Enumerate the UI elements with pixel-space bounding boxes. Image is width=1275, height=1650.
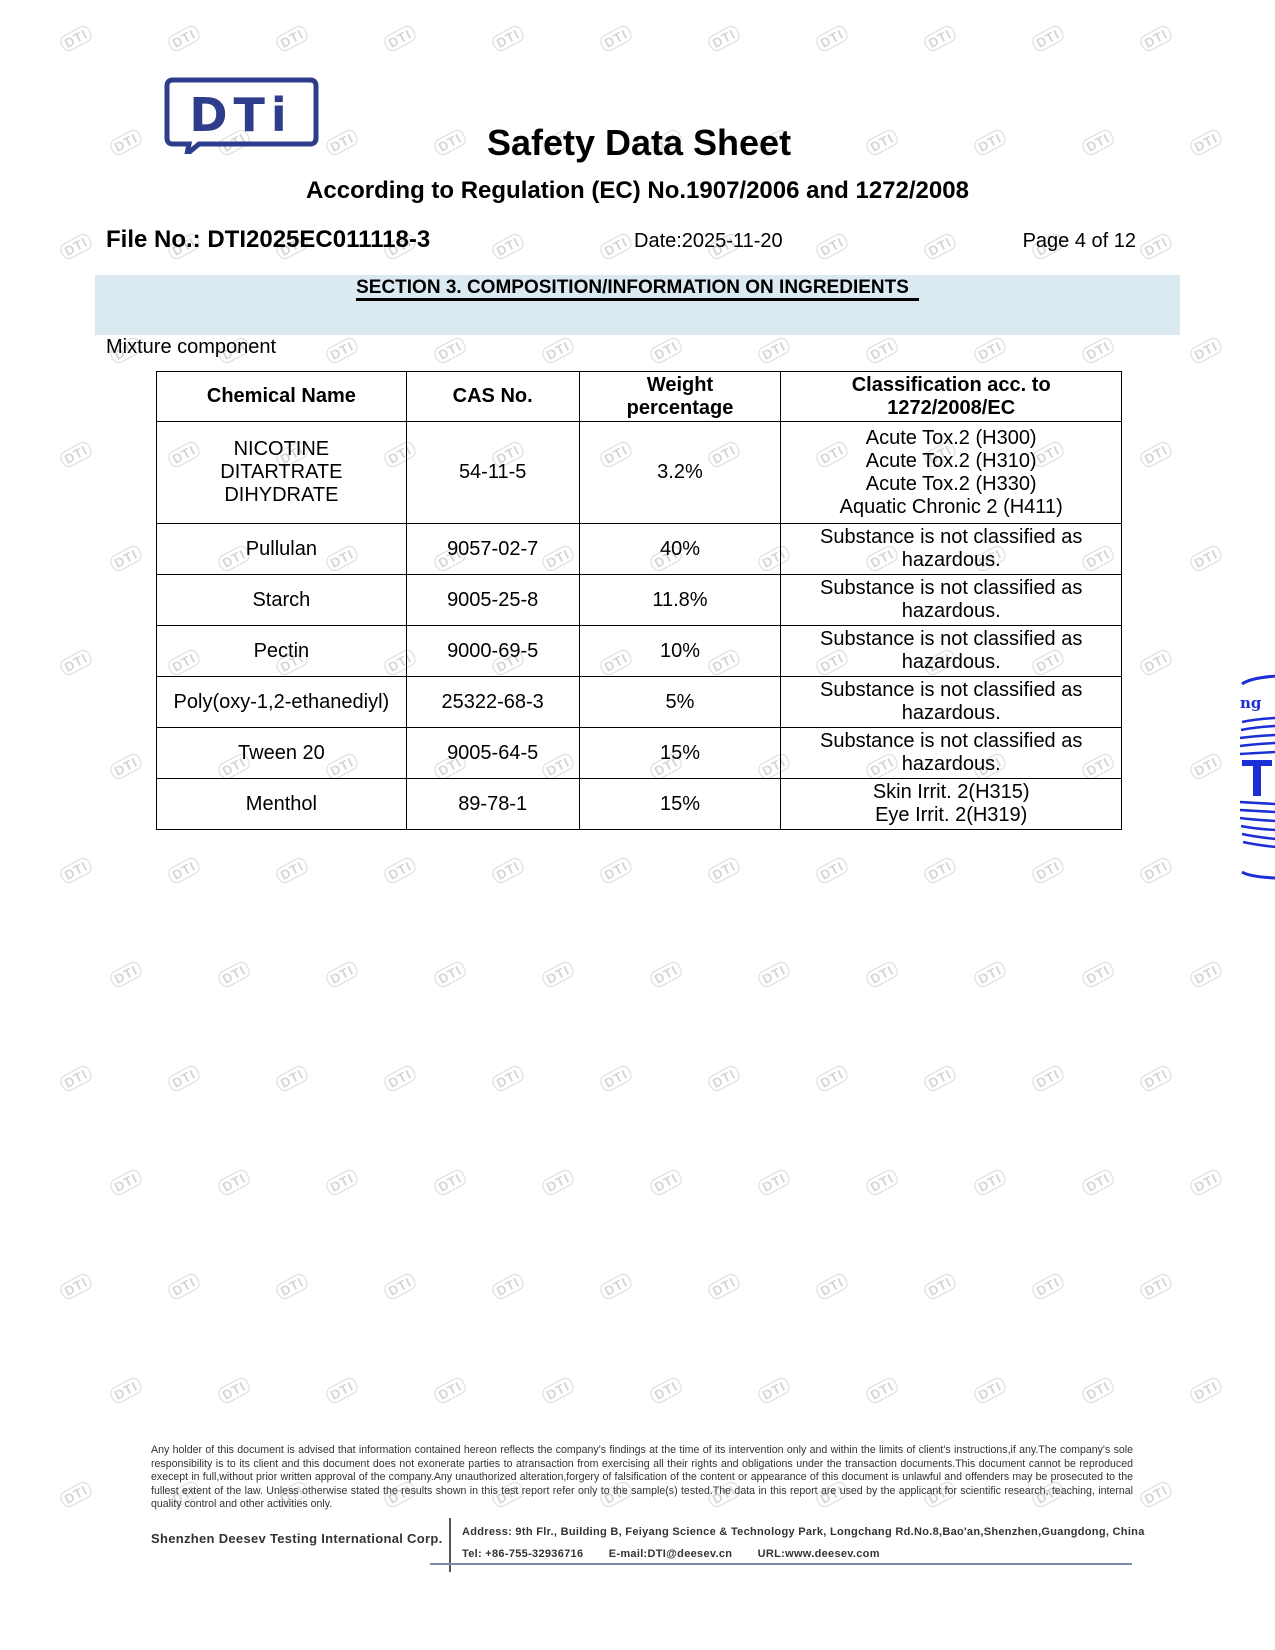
watermark-stamp: DTI: [648, 959, 684, 989]
watermark-stamp: DTI: [814, 23, 850, 53]
watermark-stamp: DTI: [922, 855, 958, 885]
watermark-stamp: DTI: [1030, 1271, 1066, 1301]
watermark-stamp: DTI: [216, 959, 252, 989]
watermark-stamp: DTI: [382, 23, 418, 53]
watermark-stamp: DTI: [274, 855, 310, 885]
watermark-stamp: DTI: [432, 335, 468, 365]
watermark-stamp: DTI: [166, 1063, 202, 1093]
watermark-stamp: DTI: [864, 1375, 900, 1405]
section-title: SECTION 3. COMPOSITION/INFORMATION ON IN…: [0, 277, 1275, 299]
mixture-label: Mixture component: [106, 336, 276, 359]
cell-chemical-name: Tween 20: [157, 728, 407, 779]
composition-table: Chemical Name CAS No. Weight percentage …: [156, 371, 1122, 830]
cell-classification: Substance is not classified ashazardous.: [781, 626, 1122, 677]
watermark-stamp: DTI: [274, 1271, 310, 1301]
cell-cas-no: 54-11-5: [406, 422, 579, 524]
watermark-stamp: DTI: [1188, 1167, 1224, 1197]
header-weight-percentage: Weight percentage: [579, 372, 781, 422]
watermark-stamp: DTI: [1030, 23, 1066, 53]
watermark-stamp: DTI: [108, 959, 144, 989]
watermark-stamp: DTI: [814, 1063, 850, 1093]
watermark-stamp: DTI: [648, 1375, 684, 1405]
footer-company-name: Shenzhen Deesev Testing International Co…: [151, 1531, 443, 1546]
watermark-stamp: DTI: [1080, 959, 1116, 989]
watermark-stamp: DTI: [432, 1167, 468, 1197]
watermark-stamp: DTI: [598, 1063, 634, 1093]
svg-text:ng: ng: [1240, 694, 1262, 712]
watermark-stamp: DTI: [1188, 751, 1224, 781]
watermark-stamp: DTI: [598, 23, 634, 53]
watermark-stamp: DTI: [922, 1063, 958, 1093]
watermark-stamp: DTI: [972, 335, 1008, 365]
watermark-stamp: DTI: [166, 1271, 202, 1301]
watermark-stamp: DTI: [58, 231, 94, 261]
footer-disclaimer: Any holder of this document is advised t…: [151, 1444, 1133, 1512]
watermark-stamp: DTI: [864, 959, 900, 989]
cell-chemical-name: Pectin: [157, 626, 407, 677]
table-row: NICOTINEDITARTRATEDIHYDRATE54-11-53.2%Ac…: [157, 422, 1122, 524]
watermark-stamp: DTI: [922, 1271, 958, 1301]
footer-rule: [430, 1563, 1132, 1565]
watermark-stamp: DTI: [58, 23, 94, 53]
table-row: Poly(oxy-1,2-ethanediyl)25322-68-35%Subs…: [157, 677, 1122, 728]
header-classification: Classification acc. to 1272/2008/EC: [781, 372, 1122, 422]
watermark-stamp: DTI: [972, 959, 1008, 989]
watermark-stamp: DTI: [1138, 231, 1174, 261]
cell-chemical-name: NICOTINEDITARTRATEDIHYDRATE: [157, 422, 407, 524]
watermark-stamp: DTI: [166, 855, 202, 885]
watermark-stamp: DTI: [382, 1063, 418, 1093]
watermark-stamp: DTI: [648, 1167, 684, 1197]
watermark-stamp: DTI: [1138, 439, 1174, 469]
watermark-stamp: DTI: [1080, 1167, 1116, 1197]
watermark-stamp: DTI: [598, 855, 634, 885]
watermark-stamp: DTI: [706, 1271, 742, 1301]
watermark-stamp: DTI: [108, 751, 144, 781]
cell-weight-percentage: 5%: [579, 677, 781, 728]
watermark-stamp: DTI: [1030, 855, 1066, 885]
cell-classification: Skin Irrit. 2(H315)Eye Irrit. 2(H319): [781, 779, 1122, 830]
cell-weight-percentage: 15%: [579, 728, 781, 779]
watermark-stamp: DTI: [1030, 1063, 1066, 1093]
cell-chemical-name: Starch: [157, 575, 407, 626]
table-row: Pullulan9057-02-740%Substance is not cla…: [157, 524, 1122, 575]
watermark-stamp: DTI: [540, 959, 576, 989]
watermark-stamp: DTI: [1080, 335, 1116, 365]
footer-url[interactable]: URL:www.deesev.com: [758, 1548, 880, 1560]
cell-weight-percentage: 40%: [579, 524, 781, 575]
cell-weight-percentage: 11.8%: [579, 575, 781, 626]
table-row: Menthol89-78-115%Skin Irrit. 2(H315)Eye …: [157, 779, 1122, 830]
watermark-stamp: DTI: [1138, 1271, 1174, 1301]
cell-classification: Substance is not classified ashazardous.: [781, 677, 1122, 728]
cell-classification: Substance is not classified ashazardous.: [781, 575, 1122, 626]
watermark-stamp: DTI: [490, 23, 526, 53]
watermark-stamp: DTI: [972, 1375, 1008, 1405]
watermark-stamp: DTI: [648, 335, 684, 365]
watermark-stamp: DTI: [58, 855, 94, 885]
watermark-stamp: DTI: [1138, 855, 1174, 885]
watermark-stamp: DTI: [864, 1167, 900, 1197]
cell-chemical-name: Poly(oxy-1,2-ethanediyl): [157, 677, 407, 728]
table-row: Pectin9000-69-510%Substance is not class…: [157, 626, 1122, 677]
watermark-stamp: DTI: [756, 959, 792, 989]
watermark-stamp: DTI: [864, 335, 900, 365]
watermark-stamp: DTI: [1188, 1375, 1224, 1405]
cell-cas-no: 25322-68-3: [406, 677, 579, 728]
table-row: Starch9005-25-811.8%Substance is not cla…: [157, 575, 1122, 626]
watermark-stamp: DTI: [58, 1271, 94, 1301]
watermark-stamp: DTI: [756, 1167, 792, 1197]
footer-tel: Tel: +86-755-32936716: [462, 1548, 583, 1560]
watermark-stamp: DTI: [432, 1375, 468, 1405]
page-number: Page 4 of 12: [1023, 230, 1136, 253]
watermark-stamp: DTI: [216, 1167, 252, 1197]
section-title-text: SECTION 3. COMPOSITION/INFORMATION ON IN…: [356, 277, 919, 301]
watermark-stamp: DTI: [216, 1375, 252, 1405]
watermark-stamp: DTI: [108, 1375, 144, 1405]
footer-email[interactable]: E-mail:DTI@deesev.cn: [609, 1548, 733, 1560]
cell-cas-no: 9005-25-8: [406, 575, 579, 626]
cell-weight-percentage: 3.2%: [579, 422, 781, 524]
watermark-stamp: DTI: [1188, 543, 1224, 573]
watermark-stamp: DTI: [1138, 647, 1174, 677]
watermark-stamp: DTI: [1080, 1375, 1116, 1405]
header-cas-no: CAS No.: [406, 372, 579, 422]
watermark-stamp: DTI: [490, 855, 526, 885]
cell-classification: Substance is not classified ashazardous.: [781, 728, 1122, 779]
company-seal-stamp: ng: [1236, 672, 1275, 882]
watermark-stamp: DTI: [490, 1063, 526, 1093]
cell-weight-percentage: 15%: [579, 779, 781, 830]
document-title: Safety Data Sheet: [0, 122, 1275, 164]
footer-contact: Tel: +86-755-32936716 E-mail:DTI@deesev.…: [462, 1548, 902, 1560]
watermark-stamp: DTI: [432, 959, 468, 989]
watermark-stamp: DTI: [274, 23, 310, 53]
watermark-stamp: DTI: [58, 1063, 94, 1093]
watermark-stamp: DTI: [1138, 23, 1174, 53]
table-header-row: Chemical Name CAS No. Weight percentage …: [157, 372, 1122, 422]
watermark-stamp: DTI: [814, 1271, 850, 1301]
cell-cas-no: 9000-69-5: [406, 626, 579, 677]
watermark-stamp: DTI: [814, 855, 850, 885]
watermark-stamp: DTI: [706, 1063, 742, 1093]
footer-address: Address: 9th Flr., Building B, Feiyang S…: [462, 1526, 1145, 1538]
document-date: Date:2025-11-20: [634, 230, 783, 253]
watermark-stamp: DTI: [540, 1167, 576, 1197]
watermark-stamp: DTI: [58, 439, 94, 469]
watermark-stamp: DTI: [1188, 959, 1224, 989]
file-info-line: File No.: DTI2025EC011118-3 Date:2025-11…: [106, 226, 1136, 256]
watermark-stamp: DTI: [166, 23, 202, 53]
header-chemical-name: Chemical Name: [157, 372, 407, 422]
cell-classification: Acute Tox.2 (H300)Acute Tox.2 (H310)Acut…: [781, 422, 1122, 524]
watermark-stamp: DTI: [108, 543, 144, 573]
watermark-stamp: DTI: [1188, 335, 1224, 365]
cell-classification: Substance is not classified ashazardous.: [781, 524, 1122, 575]
cell-cas-no: 9057-02-7: [406, 524, 579, 575]
cell-weight-percentage: 10%: [579, 626, 781, 677]
watermark-stamp: DTI: [756, 1375, 792, 1405]
watermark-stamp: DTI: [756, 335, 792, 365]
watermark-stamp: DTI: [324, 335, 360, 365]
watermark-stamp: DTI: [1138, 1479, 1174, 1509]
cell-chemical-name: Pullulan: [157, 524, 407, 575]
cell-cas-no: 9005-64-5: [406, 728, 579, 779]
watermark-stamp: DTI: [58, 1479, 94, 1509]
watermark-stamp: DTI: [1138, 1063, 1174, 1093]
watermark-stamp: DTI: [972, 1167, 1008, 1197]
watermark-stamp: DTI: [540, 1375, 576, 1405]
watermark-stamp: DTI: [382, 1271, 418, 1301]
table-row: Tween 209005-64-515%Substance is not cla…: [157, 728, 1122, 779]
regulation-subtitle: According to Regulation (EC) No.1907/200…: [0, 177, 1275, 205]
watermark-stamp: DTI: [324, 1375, 360, 1405]
watermark-stamp: DTI: [490, 1271, 526, 1301]
watermark-stamp: DTI: [598, 1271, 634, 1301]
cell-chemical-name: Menthol: [157, 779, 407, 830]
watermark-stamp: DTI: [922, 23, 958, 53]
watermark-stamp: DTI: [382, 855, 418, 885]
cell-cas-no: 89-78-1: [406, 779, 579, 830]
watermark-stamp: DTI: [274, 1063, 310, 1093]
watermark-stamp: DTI: [324, 1167, 360, 1197]
watermark-stamp: DTI: [540, 335, 576, 365]
watermark-stamp: DTI: [324, 959, 360, 989]
file-number: File No.: DTI2025EC011118-3: [106, 226, 430, 254]
watermark-stamp: DTI: [58, 647, 94, 677]
watermark-stamp: DTI: [108, 1167, 144, 1197]
watermark-stamp: DTI: [706, 855, 742, 885]
watermark-stamp: DTI: [706, 23, 742, 53]
